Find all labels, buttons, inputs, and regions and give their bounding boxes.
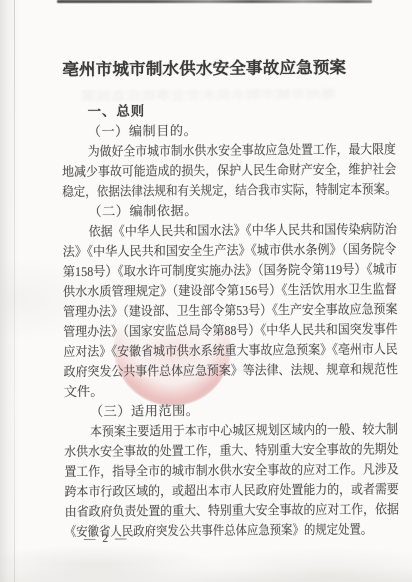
document-line-text: 地减少事故可能造成的损失，保护人民生命财产安全，维护社会 [62, 160, 396, 183]
document-line-text: 跨本市行政区域的，或超出本市人民政府处置能力的，或者需要 [64, 479, 398, 502]
document-line-text: 管理办法》（建设部、卫生部令第53号）《生产安全事故应急预案 [63, 299, 397, 322]
document-line-text: （三）适用范围。 [90, 401, 200, 422]
document-line: 管理办法》（国家安监总局令第88号）《中华人民共和国突发事件 [63, 319, 397, 342]
document-line-text: 应对法》《安徽省城市供水系统重大事故应急预案》《亳州市人民 [63, 339, 397, 362]
document-line-text: 稳定，依据法律法规和有关规定，结合我市实际，特制定本预案。 [62, 180, 397, 203]
document-line-text: 政府突发公共事件总体应急预案》等法律、法规、规章和规范性 [64, 359, 398, 382]
document-line-text: （二）编制依据。 [88, 201, 198, 222]
document-body: 一、总则（一）编制目的。为做好全市城市制水供水安全事故应急处置工作，最大限度地减… [62, 100, 399, 543]
document-line: 置工作，指导全市的城市制水供水安全事故的应对工作。凡涉及 [64, 459, 398, 482]
document-line: 稳定，依据法律法规和有关规定，结合我市实际，特制定本预案。 [62, 180, 396, 203]
document-line-text: 水供水安全事故的处置工作，重大、特别重大安全事故的先期处 [64, 439, 398, 462]
document-line-text: （一）编制目的。 [88, 121, 198, 142]
document-line-text: 第158号）《取水许可制度实施办法》（国务院令第119号）《城市 [63, 259, 397, 282]
document-line: 依据《中华人民共和国水法》《中华人民共和国传染病防治 [62, 220, 396, 243]
document-line-text: 法》《中华人民共和国安全生产法》《城市供水条例》（国务院令 [63, 240, 397, 263]
document-line-text: 一、总则 [88, 101, 146, 121]
document-line: 水供水安全事故的处置工作，重大、特别重大安全事故的先期处 [64, 439, 398, 462]
document-line: 第158号）《取水许可制度实施办法》（国务院令第119号）《城市 [63, 260, 397, 283]
page-title: 亳州市城市制水供水安全事故应急预案 [53, 54, 355, 80]
document-line: 为做好全市城市制水供水安全事故应急处置工作，最大限度 [62, 140, 396, 163]
document-line-text: 本预案主要适用于本市中心城区规划区域内的一般、较大制 [90, 419, 398, 441]
page-number: — 2 — [84, 533, 129, 545]
document-line: 管理办法》（建设部、卫生部令第53号）《生产安全事故应急预案 [63, 299, 397, 322]
document-page: 亳州市城市制水供水安全事故应急预案 亳州市城市制水供水安全事故应急预案 一、总则… [0, 0, 412, 582]
document-line: 政府突发公共事件总体应急预案》等法律、法规、规章和规范性 [64, 359, 398, 382]
document-line: 本预案主要适用于本市中心城区规划区域内的一般、较大制 [64, 419, 398, 442]
document-line-text: 依据《中华人民共和国水法》《中华人民共和国传染病防治 [88, 220, 396, 242]
document-line-text: 文件。 [64, 382, 104, 402]
document-line-text: 置工作，指导全市的城市制水供水安全事故的应对工作。凡涉及 [64, 459, 398, 482]
document-line: 法》《中华人民共和国安全生产法》《城市供水条例》（国务院令 [63, 240, 397, 263]
document-line: （一）编制目的。 [62, 120, 396, 143]
document-line: 文件。 [64, 379, 398, 402]
document-line: 地减少事故可能造成的损失，保护人民生命财产安全，维护社会 [62, 160, 396, 183]
document-line: 跨本市行政区域的，或超出本市人民政府处置能力的，或者需要 [64, 479, 398, 502]
document-line: （三）适用范围。 [64, 399, 398, 422]
document-line: 由省政府负责处置的重大、特别重大安全事故的应对工作，依据 [65, 499, 399, 522]
document-line-text: 管理办法》（国家安监总局令第88号）《中华人民共和国突发事件 [63, 319, 397, 342]
document-line-text: 为做好全市城市制水供水安全事故应急处置工作，最大限度 [88, 140, 396, 162]
document-line: 一、总则 [62, 100, 396, 123]
document-line: 供水水质管理规定》（建设部令第156号）《生活饮用水卫生监督 [63, 280, 397, 303]
document-line: 应对法》《安徽省城市供水系统重大事故应急预案》《亳州市人民 [63, 339, 397, 362]
document-line-text: 供水水质管理规定》（建设部令第156号）《生活饮用水卫生监督 [63, 280, 397, 303]
document-line-text: 由省政府负责处置的重大、特别重大安全事故的应对工作，依据 [65, 499, 399, 522]
document-line: （二）编制依据。 [62, 200, 396, 223]
